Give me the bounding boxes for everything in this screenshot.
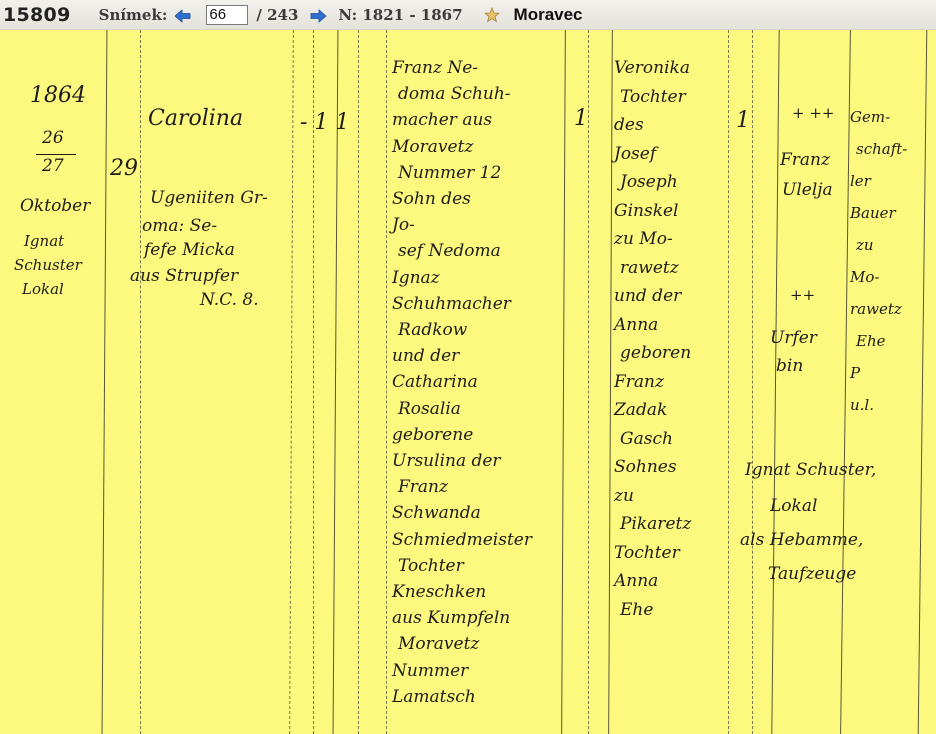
date-fraction-line (36, 154, 76, 155)
handwritten-line: zu (856, 238, 874, 253)
godparent-line: ++ (790, 288, 815, 303)
handwritten-line: Ignaz (392, 270, 440, 287)
year-range: N: 1821 - 1867 (338, 6, 462, 24)
handwritten-line: Schmiedmeister (392, 532, 532, 549)
handwritten-line: Radkow (398, 322, 467, 339)
column-rule (771, 30, 779, 734)
handwritten-line: Ginskel (614, 203, 679, 220)
mother-mark: 1 (736, 110, 750, 132)
godparent-line: Ulelja (782, 182, 833, 199)
birthplace-line: Ugeniiten Gr- (150, 190, 268, 207)
handwritten-line: Franz (398, 479, 448, 496)
birthplace-line: fefe Micka (144, 242, 235, 259)
parish-name: Moravec (514, 5, 583, 25)
handwritten-line: zu Mo- (614, 231, 673, 248)
handwritten-line: rawetz (850, 302, 902, 317)
handwritten-line: Rosalia (398, 401, 461, 418)
handwritten-line: und der (614, 288, 681, 305)
handwritten-line: Ehe (856, 334, 886, 349)
handwritten-line: Ursulina der (392, 453, 501, 470)
handwritten-line: des (614, 117, 644, 134)
handwritten-line: Pikaretz (620, 516, 691, 533)
entry-marks: - 1 1 (300, 112, 349, 134)
godparent-line: Franz (780, 152, 830, 169)
handwritten-line: Moravetz (398, 636, 479, 653)
handwritten-line: Moravetz (392, 139, 473, 156)
register-scan-image[interactable]: 1864 26 27 Oktober Ignat Schuster Lokal … (0, 30, 936, 734)
column-rule (358, 30, 359, 734)
column-rule (333, 30, 339, 734)
column-rule (140, 30, 141, 734)
column-rule (840, 30, 851, 734)
handwritten-line: Franz Ne- (392, 60, 478, 77)
handwritten-line: Josef (614, 146, 656, 163)
image-label: Snímek: (99, 6, 168, 24)
handwritten-line: Zadak (614, 402, 667, 419)
star-icon[interactable] (484, 7, 500, 23)
viewer-toolbar: 15809 Snímek: / 243 N: 1821 - 1867 Morav… (0, 0, 936, 30)
bottom-note-line: als Hebamme, (740, 532, 863, 549)
entry-house-number: 29 (110, 158, 138, 180)
handwritten-line: Anna (614, 317, 658, 334)
handwritten-line: Franz (614, 374, 664, 391)
handwritten-line: Joseph (620, 174, 678, 191)
handwritten-line: Schwanda (392, 505, 481, 522)
handwritten-line: P (850, 366, 860, 381)
bottom-note-line: Lokal (770, 498, 817, 515)
entry-month: Oktober (20, 198, 90, 215)
column-rule (752, 30, 753, 734)
bottom-note-line: Ignat Schuster, (745, 462, 876, 479)
entry-date-top: 26 (42, 130, 64, 147)
handwritten-line: schaft- (856, 142, 907, 157)
entry-child-name: Carolina (148, 108, 243, 130)
godparent-line: Urfer (770, 330, 817, 347)
entry-date-bottom: 27 (42, 158, 64, 175)
handwritten-line: Bauer (850, 206, 896, 221)
handwritten-line: geboren (620, 345, 691, 362)
handwritten-line: Catharina (392, 374, 478, 391)
column-rule (289, 30, 294, 734)
handwritten-line: geborene (392, 427, 473, 444)
entry-year: 1864 (30, 85, 86, 107)
handwritten-line: Ehe (620, 602, 653, 619)
handwritten-line: macher aus (392, 112, 492, 129)
handwritten-line: und der (392, 348, 459, 365)
total-pages: / 243 (256, 6, 298, 24)
birthplace-line: aus Strupfer (130, 268, 238, 285)
arrow-left-icon[interactable] (174, 8, 191, 22)
bottom-note-line: Taufzeuge (768, 566, 856, 583)
handwritten-line: zu (614, 488, 634, 505)
arrow-right-icon[interactable] (310, 8, 327, 22)
handwritten-line: Schuhmacher (392, 296, 511, 313)
column-rule (918, 30, 928, 734)
column-rule (386, 30, 387, 734)
handwritten-line: Anna (614, 573, 658, 590)
handwritten-line: ler (850, 174, 871, 189)
column-rule (313, 30, 314, 734)
handwritten-line: Sohn des (392, 191, 471, 208)
handwritten-line: Jo- (392, 217, 415, 234)
record-id: 15809 (3, 4, 71, 26)
handwritten-line: Gem- (850, 110, 890, 125)
godparent-line: + ++ (792, 106, 834, 121)
handwritten-line: Nummer (392, 663, 468, 680)
handwritten-line: Sohnes (614, 459, 677, 476)
handwritten-line: rawetz (620, 260, 679, 277)
birthplace-line: N.C. 8. (200, 292, 259, 309)
entry-priest-line: Lokal (22, 282, 64, 297)
handwritten-line: sef Nedoma (398, 243, 501, 260)
column-rule (608, 30, 613, 734)
handwritten-line: Veronika (614, 60, 690, 77)
handwritten-line: Tochter (398, 558, 464, 575)
handwritten-line: u.l. (850, 398, 874, 413)
column-rule (588, 30, 589, 734)
page-number-input[interactable] (206, 5, 248, 25)
column-rule (102, 30, 108, 734)
godparent-line: bin (776, 358, 803, 375)
handwritten-line: Mo- (850, 270, 879, 285)
entry-priest-line: Ignat (24, 234, 64, 249)
handwritten-line: Nummer 12 (398, 165, 501, 182)
father-mark: 1 (574, 108, 588, 130)
handwritten-line: Gasch (620, 431, 673, 448)
handwritten-line: Kneschken (392, 584, 486, 601)
handwritten-line: aus Kumpfeln (392, 610, 510, 627)
handwritten-line: Lamatsch (392, 689, 476, 706)
birthplace-line: oma: Se- (142, 218, 217, 235)
column-rule (728, 30, 729, 734)
column-rule (561, 30, 566, 734)
entry-priest-line: Schuster (14, 258, 82, 273)
handwritten-line: doma Schuh- (398, 86, 511, 103)
handwritten-line: Tochter (614, 545, 680, 562)
handwritten-line: Tochter (620, 89, 686, 106)
